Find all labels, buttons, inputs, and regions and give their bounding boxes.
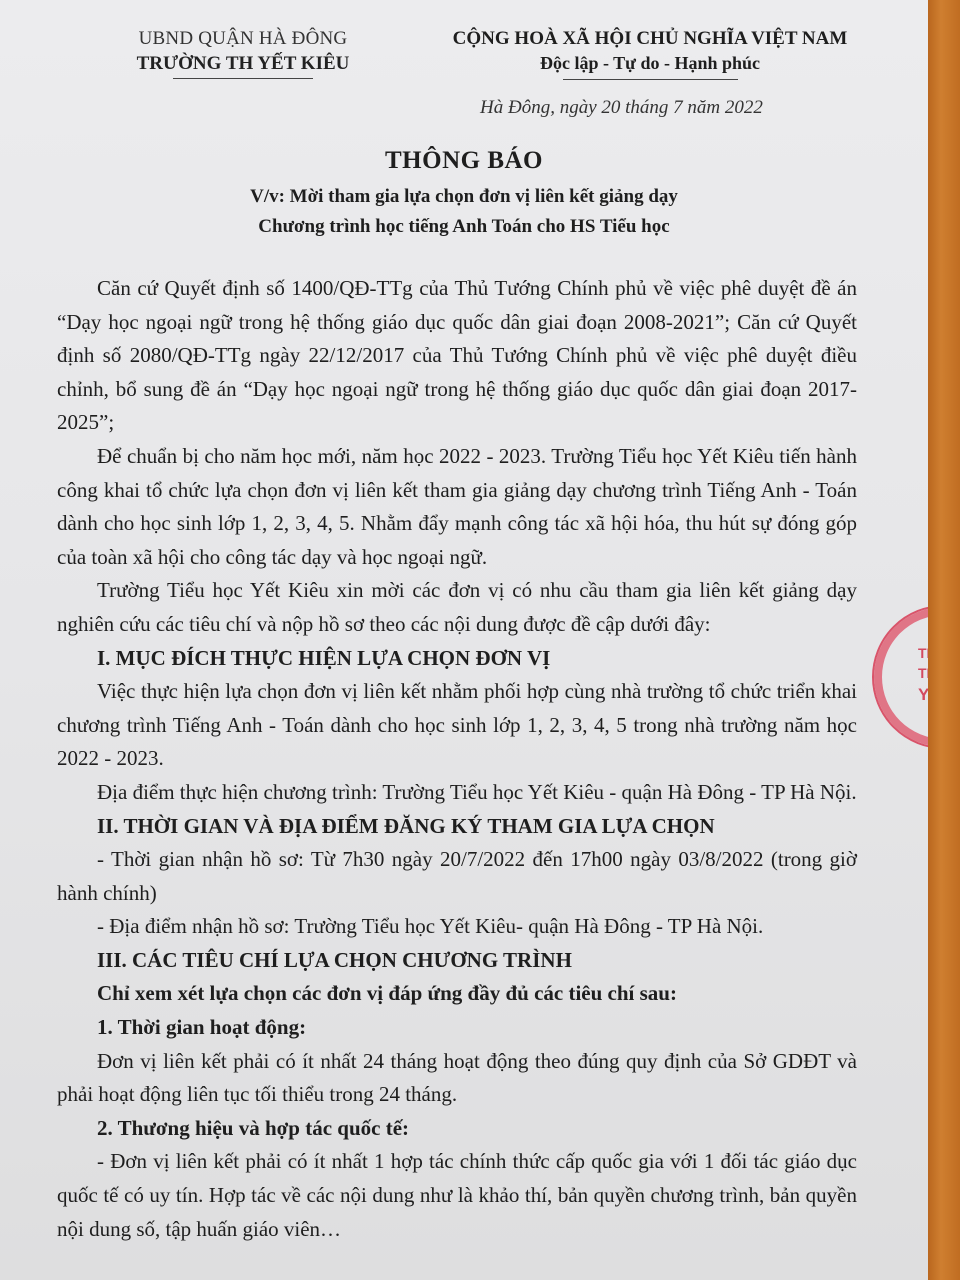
paragraph-invitation: Trường Tiểu học Yết Kiêu xin mời các đơn… xyxy=(57,574,857,641)
issuer-school: TRƯỜNG TH YẾT KIÊU xyxy=(108,51,378,76)
section-1-heading: I. MỤC ĐÍCH THỰC HIỆN LỰA CHỌN ĐƠN VỊ xyxy=(57,642,857,676)
section-3-heading: III. CÁC TIÊU CHÍ LỰA CHỌN CHƯƠNG TRÌNH xyxy=(57,944,857,978)
document-page: UBND QUẬN HÀ ĐÔNG TRƯỜNG TH YẾT KIÊU CỘN… xyxy=(0,0,928,1280)
subtitle-line-1: V/v: Mời tham gia lựa chọn đơn vị liên k… xyxy=(0,186,928,208)
issuer-authority: UBND QUẬN HÀ ĐÔNG xyxy=(108,26,378,51)
issuer-header: UBND QUẬN HÀ ĐÔNG TRƯỜNG TH YẾT KIÊU xyxy=(108,26,378,79)
motto-underline xyxy=(563,79,738,80)
desk-edge-background xyxy=(928,0,960,1280)
criterion-2-text: - Đơn vị liên kết phải có ít nhất 1 hợp … xyxy=(57,1145,857,1246)
paragraph-legal-basis: Căn cứ Quyết định số 1400/QĐ-TTg của Thủ… xyxy=(57,272,857,440)
section-3-intro: Chỉ xem xét lựa chọn các đơn vị đáp ứng … xyxy=(57,977,857,1011)
section-2-heading: II. THỜI GIAN VÀ ĐỊA ĐIỂM ĐĂNG KÝ THAM G… xyxy=(57,810,857,844)
section-1-location: Địa điểm thực hiện chương trình: Trường … xyxy=(57,776,857,810)
document-body: Căn cứ Quyết định số 1400/QĐ-TTg của Thủ… xyxy=(57,272,857,1246)
document-date: Hà Đông, ngày 20 tháng 7 năm 2022 xyxy=(480,97,763,119)
criterion-1-text: Đơn vị liên kết phải có ít nhất 24 tháng… xyxy=(57,1045,857,1112)
issuer-underline xyxy=(173,78,313,79)
criterion-2-heading: 2. Thương hiệu và hợp tác quốc tế: xyxy=(57,1112,857,1146)
national-header: CỘNG HOÀ XÃ HỘI CHỦ NGHĨA VIỆT NAM Độc l… xyxy=(420,26,880,80)
section-2-time: - Thời gian nhận hồ sơ: Từ 7h30 ngày 20/… xyxy=(57,843,857,910)
section-2-place: - Địa điểm nhận hồ sơ: Trường Tiểu học Y… xyxy=(57,910,857,944)
criterion-1-heading: 1. Thời gian hoạt động: xyxy=(57,1011,857,1045)
document-title: THÔNG BÁO xyxy=(0,147,928,175)
national-motto: Độc lập - Tự do - Hạnh phúc xyxy=(420,51,880,76)
section-1-purpose: Việc thực hiện lựa chọn đơn vị liên kết … xyxy=(57,675,857,776)
subtitle-line-2: Chương trình học tiếng Anh Toán cho HS T… xyxy=(0,216,928,238)
national-title: CỘNG HOÀ XÃ HỘI CHỦ NGHĨA VIỆT NAM xyxy=(420,26,880,51)
paragraph-preparation: Để chuẩn bị cho năm học mới, năm học 202… xyxy=(57,440,857,574)
